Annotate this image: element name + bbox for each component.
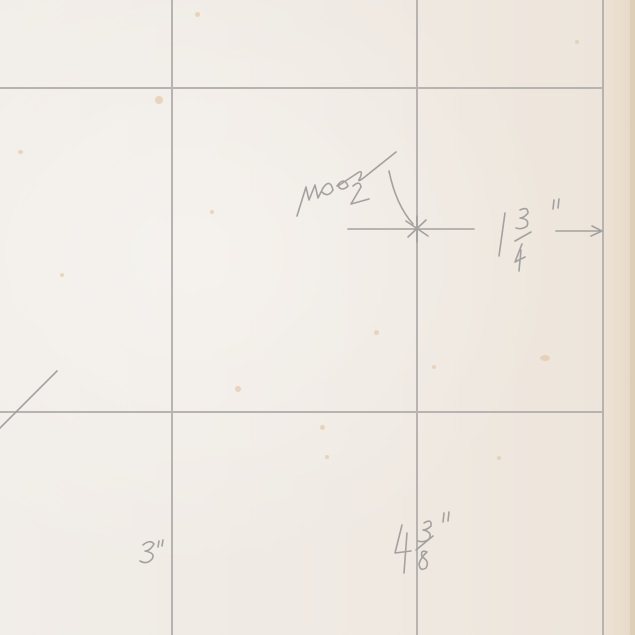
dim-4-whole [395,525,411,573]
pencil-marks [0,0,635,635]
diagonal-pencil-line [0,371,57,428]
dim-3-inch [140,542,154,563]
drafting-sheet: mode 2 1 3/4" 4 3/8" 3" [0,0,635,635]
note-number-2 [351,183,369,204]
arrow-right [556,226,602,236]
note-word-mode [297,152,396,216]
leader-arrow [389,171,413,224]
